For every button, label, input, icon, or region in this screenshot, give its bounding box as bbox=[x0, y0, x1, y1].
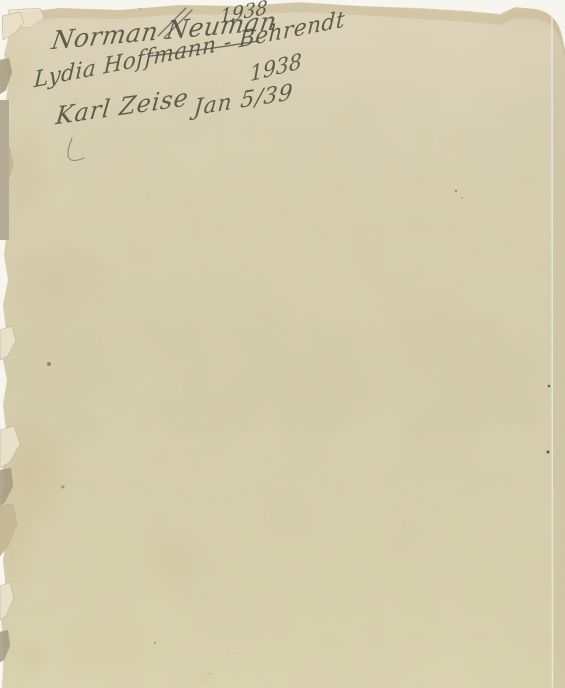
binding-gauze bbox=[0, 100, 9, 240]
right-edge-strip bbox=[553, 0, 565, 688]
scanned-album-page: 1938 Norman Neuman Lydia Hoffmann - Behr… bbox=[0, 0, 565, 688]
paper-grain-texture bbox=[0, 0, 565, 688]
crease-line bbox=[552, 0, 553, 688]
paper-artwork bbox=[0, 0, 565, 688]
